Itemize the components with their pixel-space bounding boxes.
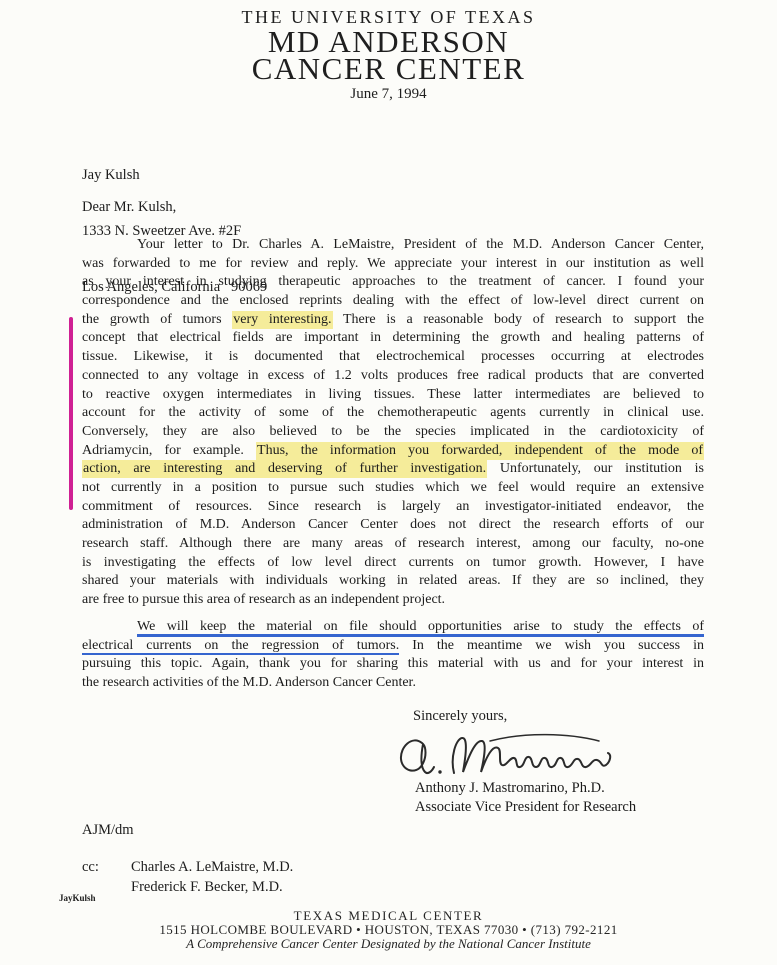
letter-line: commitment of resources. Since research …: [82, 498, 704, 517]
line-text: Adriamycin, for example.: [82, 443, 256, 458]
line-text: Your letter to Dr. Charles A. LeMaistre,…: [137, 237, 704, 252]
line-text: to reactive oxygen intermediates in livi…: [82, 387, 704, 402]
letter-line: electrical currents on the regression of…: [82, 637, 704, 656]
line-text: commitment of resources. Since research …: [82, 499, 704, 514]
footer-designation: A Comprehensive Cancer Center Designated…: [0, 937, 777, 951]
line-text: is investigating the effects of low leve…: [82, 555, 704, 570]
line-text: as your interest in studying therapeutic…: [82, 274, 704, 289]
letter-line: account for the activity of some of the …: [82, 404, 704, 423]
letter-line: concept that electrical fields are impor…: [82, 329, 704, 348]
letter-line: to reactive oxygen intermediates in livi…: [82, 386, 704, 405]
letter-line: not currently in a position to pursue su…: [82, 479, 704, 498]
signature-ink: [394, 727, 619, 785]
valediction: Sincerely yours,: [413, 708, 507, 725]
line-text: Unfortunately, our institution is: [487, 461, 704, 476]
body-paragraph-2: We will keep the material on file should…: [82, 618, 704, 693]
line-text: administration of M.D. Anderson Cancer C…: [82, 517, 704, 532]
cc-label: cc:: [82, 857, 131, 897]
salutation: Dear Mr. Kulsh,: [82, 199, 176, 216]
letter-line: research staff. Although there are many …: [82, 535, 704, 554]
typist-initials: AJM/dm: [82, 822, 134, 839]
archive-stamp: JayKulsh: [59, 893, 96, 903]
signer-name: Anthony J. Mastromarino, Ph.D.: [415, 779, 636, 798]
highlight-text: action, are interesting and deserving of…: [82, 460, 487, 478]
letterhead: THE UNIVERSITY OF TEXAS MD ANDERSON CANC…: [0, 6, 777, 103]
letter-line: is investigating the effects of low leve…: [82, 554, 704, 573]
highlight-text: Thus, the information you forwarded, ind…: [256, 442, 704, 460]
line-text: research staff. Although there are many …: [82, 536, 704, 551]
line-text: the research activities of the M.D. Ande…: [82, 675, 416, 690]
pink-margin-annotation-line: [69, 317, 73, 510]
letter-line: are free to pursue this area of research…: [82, 591, 704, 610]
highlight-text: very interesting.: [232, 311, 332, 329]
scanned-letter-page: THE UNIVERSITY OF TEXAS MD ANDERSON CANC…: [0, 0, 777, 965]
footer-center-name: TEXAS MEDICAL CENTER: [0, 909, 777, 923]
signer-title: Associate Vice President for Research: [415, 798, 636, 817]
body-paragraph-1: Your letter to Dr. Charles A. LeMaistre,…: [82, 236, 704, 610]
letter-line: was forwarded to me for review and reply…: [82, 255, 704, 274]
letter-line: Your letter to Dr. Charles A. LeMaistre,…: [82, 236, 704, 255]
line-text: concept that electrical fields are impor…: [82, 330, 704, 345]
cc-block: cc: Charles A. LeMaistre, M.D. Frederick…: [82, 857, 293, 897]
letterhead-footer: TEXAS MEDICAL CENTER 1515 HOLCOMBE BOULE…: [0, 909, 777, 951]
line-text: shared your materials with individuals w…: [82, 573, 704, 588]
line-text: account for the activity of some of the …: [82, 405, 704, 420]
line-text: In the meantime we wish you success in: [399, 638, 704, 653]
letter-line: connected to any voltage in excess of 1.…: [82, 367, 704, 386]
letter-line: Adriamycin, for example. Thus, the infor…: [82, 442, 704, 461]
line-text: There is a reasonable body of research t…: [333, 312, 704, 327]
letter-line: as your interest in studying therapeutic…: [82, 273, 704, 292]
cc-name-1: Charles A. LeMaistre, M.D.: [131, 857, 293, 877]
cc-name-2: Frederick F. Becker, M.D.: [131, 877, 293, 897]
footer-address: 1515 HOLCOMBE BOULEVARD • HOUSTON, TEXAS…: [0, 923, 777, 937]
line-text: correspondence and the enclosed reprints…: [82, 293, 704, 308]
line-text: Conversely, they are also believed to be…: [82, 424, 704, 439]
letter-line: We will keep the material on file should…: [82, 618, 704, 637]
signer-block: Anthony J. Mastromarino, Ph.D. Associate…: [415, 779, 636, 817]
line-text: connected to any voltage in excess of 1.…: [82, 368, 704, 383]
line-text: the growth of tumors: [82, 312, 232, 327]
letter-line: the growth of tumors very interesting. T…: [82, 311, 704, 330]
letter-line: correspondence and the enclosed reprints…: [82, 292, 704, 311]
underline-text: electrical currents on the regression of…: [82, 638, 399, 656]
letter-line: the research activities of the M.D. Ande…: [82, 674, 704, 693]
line-text: pursuing this topic. Again, thank you fo…: [82, 656, 704, 671]
letter-line: action, are interesting and deserving of…: [82, 460, 704, 479]
line-text: are free to pursue this area of research…: [82, 592, 445, 607]
letter-line: Conversely, they are also believed to be…: [82, 423, 704, 442]
letter-line: administration of M.D. Anderson Cancer C…: [82, 516, 704, 535]
letterhead-name-line2: CANCER CENTER: [0, 55, 777, 82]
letter-date: June 7, 1994: [0, 86, 777, 103]
letter-line: pursuing this topic. Again, thank you fo…: [82, 655, 704, 674]
line-text: was forwarded to me for review and reply…: [82, 256, 704, 271]
letter-line: shared your materials with individuals w…: [82, 572, 704, 591]
recipient-name: Jay Kulsh: [82, 166, 267, 185]
line-text: tissue. Likewise, it is documented that …: [82, 349, 704, 364]
line-text: not currently in a position to pursue su…: [82, 480, 704, 495]
cc-names: Charles A. LeMaistre, M.D. Frederick F. …: [131, 857, 293, 897]
letter-line: tissue. Likewise, it is documented that …: [82, 348, 704, 367]
underline-text: We will keep the material on file should…: [137, 619, 704, 637]
